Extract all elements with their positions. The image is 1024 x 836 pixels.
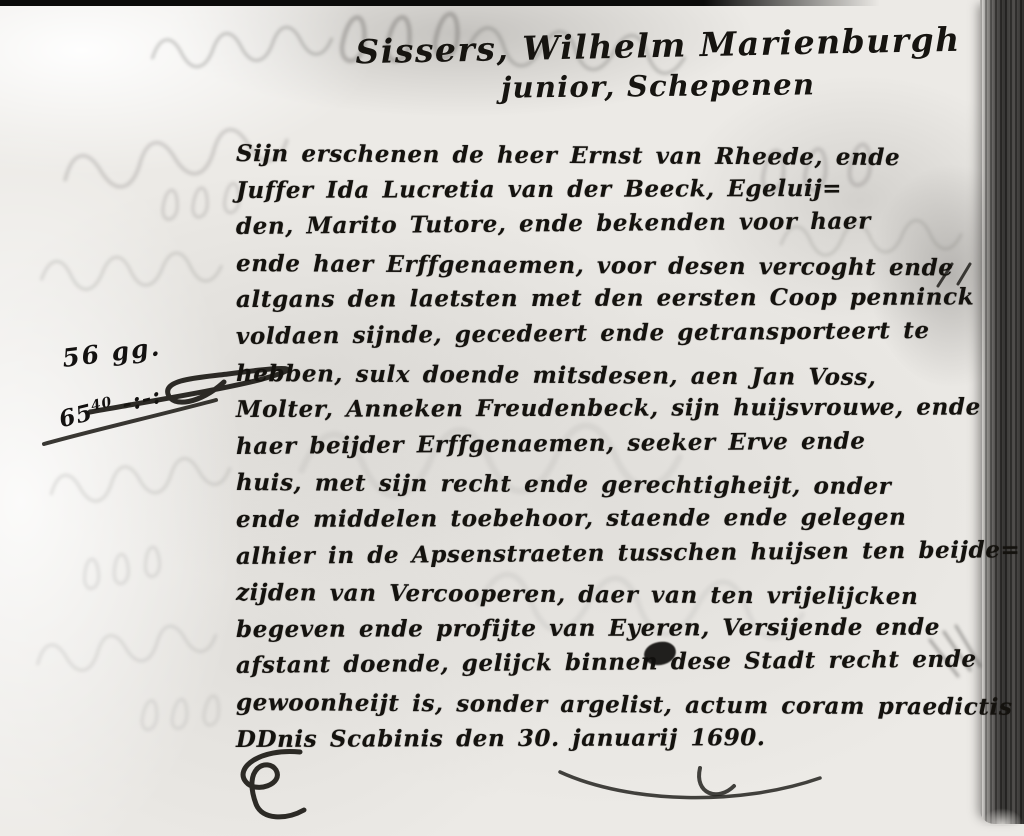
manuscript-line: DDnis Scabinis den 30. januarij 1690. <box>236 719 996 758</box>
manuscript-line: alhier in de Apsenstraeten tusschen huij… <box>236 532 996 575</box>
manuscript-body: Sijn erschenen de heer Ernst van Rheede,… <box>236 136 996 758</box>
manuscript-photo: Sissers, Wilhelm Marienburgh junior, Sch… <box>0 0 1024 836</box>
manuscript-line: afstant doende, gelijck binnen dese Stad… <box>236 642 996 685</box>
manuscript-line: haer beijder Erffgenaemen, seeker Erve e… <box>236 422 996 465</box>
manuscript-line: voldaen sijnde, gecedeert ende getranspo… <box>236 312 996 355</box>
manuscript-line: den, Marito Tutore, ende bekenden voor h… <box>236 203 996 246</box>
